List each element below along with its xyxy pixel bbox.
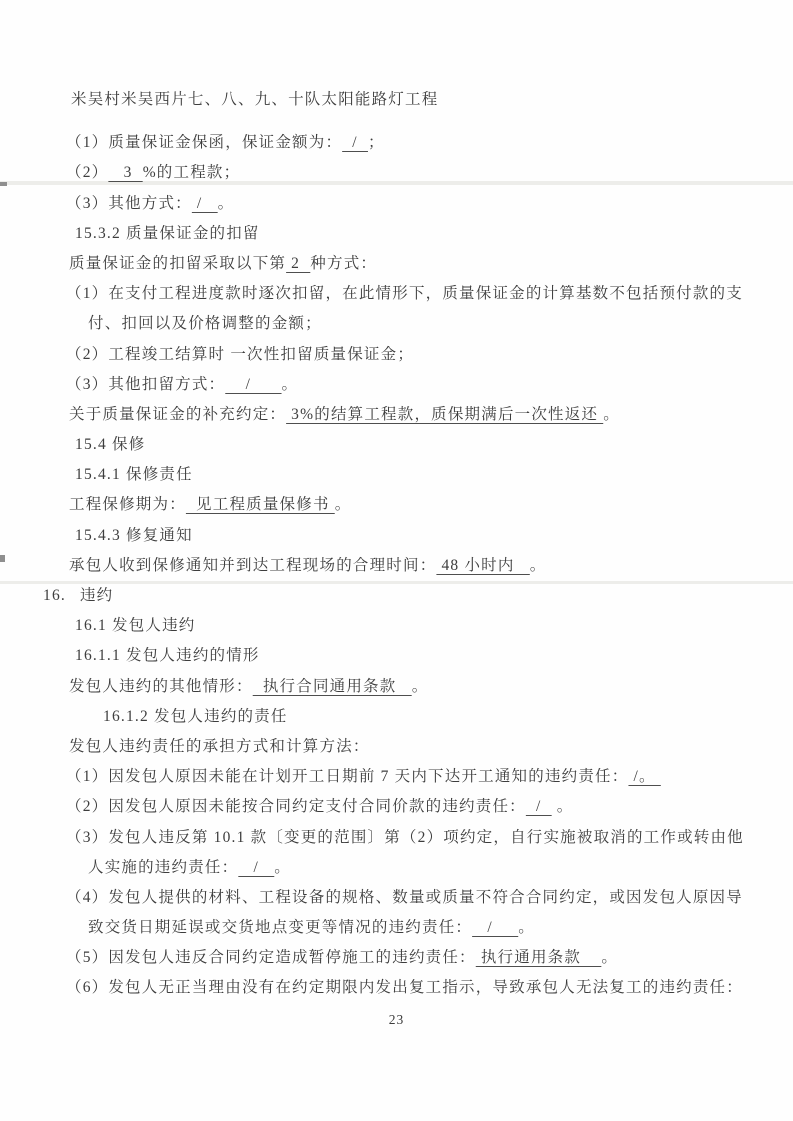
text-line: （2）工程竣工结算时 一次性扣留质量保证金； [0, 340, 793, 370]
fill-in-value: / [238, 859, 274, 876]
text-segment: （1）在支付工程进度款时逐次扣留，在此情形下，质量保证金的计算基数不包括预付款的… [66, 285, 743, 302]
text-segment: （5）因发包人违反合同约定造成暂停施工的违约责任： [66, 949, 476, 966]
text-segment: 质量保证金的扣留采取以下第 [69, 255, 286, 272]
text-line: （5）因发包人违反合同约定造成暂停施工的违约责任： 执行通用条款 。 [0, 943, 793, 973]
fill-in-value: 48 小时内 [436, 557, 529, 574]
text-line: （1）因发包人原因未能在计划开工日期前 7 天内下达开工通知的违约责任： /。 [0, 762, 793, 792]
text-segment: 15.4.3 修复通知 [75, 527, 193, 544]
text-segment: 16. [43, 587, 66, 604]
text-segment: 。 [552, 798, 574, 815]
text-segment: 工程保修期为： [69, 496, 186, 513]
text-line: 发包人违约的其他情形： 执行合同通用条款 。 [0, 672, 793, 702]
text-segment: （4）发包人提供的材料、工程设备的规格、数量或质量不符合合同约定，或因发包人原因… [66, 889, 743, 906]
text-line: 发包人违约责任的承担方式和计算方法： [0, 732, 793, 762]
text-segment: 。 [518, 919, 535, 936]
text-segment: 米吴村米吴西片七、八、九、十队太阳能路灯工程 [71, 91, 438, 108]
page-number: 23 [0, 1009, 793, 1031]
text-segment: （1）因发包人原因未能在计划开工日期前 7 天内下达开工通知的违约责任： [66, 768, 628, 785]
text-line: 致交货日期延误或交货地点变更等情况的违约责任： / 。 [0, 913, 793, 943]
text-segment: （2）工程竣工结算时 一次性扣留质量保证金； [66, 346, 414, 363]
text-line: 关于质量保证金的补充约定： 3%的结算工程款，质保期满后一次性返还 。 [0, 400, 793, 430]
fill-in-value: 3%的结算工程款，质保期满后一次性返还 [286, 406, 603, 423]
text-segment: 。 [530, 557, 547, 574]
text-segment: 种方式： [310, 255, 377, 272]
fill-in-value: / [192, 195, 218, 212]
text-segment: 。 [601, 949, 618, 966]
text-segment: 。 [603, 406, 620, 423]
text-line: 质量保证金的扣留采取以下第 2 种方式： [0, 249, 793, 279]
fill-in-value: 2 [286, 255, 310, 272]
fill-in-value: / [526, 798, 552, 815]
text-line: 16.1.2 发包人违约的责任 [0, 702, 793, 732]
text-line: （2）因发包人原因未能按合同约定支付合同价款的违约责任： / 。 [0, 792, 793, 822]
text-line: 15.4 保修 [0, 430, 793, 460]
text-line: （2） 3 %的工程款； [0, 158, 793, 188]
text-segment: 承包人收到保修通知并到达工程现场的合理时间： [69, 557, 436, 574]
text-line: （3）其他方式： / 。 [0, 189, 793, 219]
text-segment: 16.1 发包人违约 [75, 617, 196, 634]
text-segment: 。 [282, 376, 299, 393]
fill-in-value: 3 [108, 164, 142, 181]
text-segment: （3）发包人违反第 10.1 款〔变更的范围〕第（2）项约定，自行实施被取消的工… [66, 829, 744, 846]
fill-in-value: /。 [628, 768, 660, 785]
text-line: 承包人收到保修通知并到达工程现场的合理时间： 48 小时内 。 [0, 551, 793, 581]
fill-in-value: 见工程质量保修书 [186, 496, 335, 513]
text-line: 16.1.1 发包人违约的情形 [0, 641, 793, 671]
text-segment: 。 [274, 859, 291, 876]
fill-in-value: / [342, 134, 368, 151]
text-line: 人实施的违约责任： / 。 [0, 853, 793, 883]
text-segment: （3）其他扣留方式： [66, 376, 225, 393]
text-line: （3）其他扣留方式： / 。 [0, 370, 793, 400]
fill-in-value: 执行合同通用条款 [253, 678, 412, 695]
fill-in-value: / [225, 376, 281, 393]
text-segment: （3）其他方式： [66, 195, 192, 212]
text-line: （1）在支付工程进度款时逐次扣留，在此情形下，质量保证金的计算基数不包括预付款的… [0, 279, 793, 309]
text-line: 工程保修期为： 见工程质量保修书 。 [0, 490, 793, 520]
contract-document-page: 米吴村米吴西片七、八、九、十队太阳能路灯工程（1）质量保证金保函，保证金额为： … [0, 0, 793, 1121]
text-line: 15.3.2 质量保证金的扣留 [0, 219, 793, 249]
text-line: 16.违约 [0, 581, 793, 611]
text-segment: ； [368, 134, 385, 151]
text-line: 15.4.1 保修责任 [0, 460, 793, 490]
text-segment: 发包人违约的其他情形： [69, 678, 253, 695]
text-segment: 16.1.1 发包人违约的情形 [75, 647, 260, 664]
text-line: 米吴村米吴西片七、八、九、十队太阳能路灯工程 [0, 85, 793, 115]
text-segment: 15.3.2 质量保证金的扣留 [75, 225, 260, 242]
text-segment: 。 [412, 678, 429, 695]
text-segment: （2） [66, 164, 108, 181]
text-line: （6）发包人无正当理由没有在约定期限内发出复工指示，导致承包人无法复工的违约责任… [0, 973, 793, 1003]
text-segment: 关于质量保证金的补充约定： [69, 406, 286, 423]
text-segment: %的工程款； [143, 164, 241, 181]
text-line: 16.1 发包人违约 [0, 611, 793, 641]
text-segment: （6）发包人无正当理由没有在约定期限内发出复工指示，导致承包人无法复工的违约责任… [66, 979, 743, 996]
text-segment: （1）质量保证金保函，保证金额为： [66, 134, 342, 151]
text-segment: 15.4 保修 [75, 436, 145, 453]
text-segment: （2）因发包人原因未能按合同约定支付合同价款的违约责任： [66, 798, 526, 815]
text-line: 付、扣回以及价格调整的金额； [0, 309, 793, 339]
text-segment: 发包人违约责任的承担方式和计算方法： [69, 738, 370, 755]
fill-in-value: 执行通用条款 [476, 949, 602, 966]
text-segment: 15.4.1 保修责任 [75, 466, 193, 483]
text-segment: 。 [218, 195, 235, 212]
text-segment: 付、扣回以及价格调整的金额； [88, 315, 322, 332]
text-segment: 人实施的违约责任： [88, 859, 238, 876]
text-segment: 致交货日期延误或交货地点变更等情况的违约责任： [88, 919, 472, 936]
text-line: 15.4.3 修复通知 [0, 521, 793, 551]
text-segment: 违约 [80, 587, 113, 604]
text-segment: 16.1.2 发包人违约的责任 [103, 708, 288, 725]
fill-in-value: / [472, 919, 518, 936]
text-line: （4）发包人提供的材料、工程设备的规格、数量或质量不符合合同约定，或因发包人原因… [0, 883, 793, 913]
text-line: （3）发包人违反第 10.1 款〔变更的范围〕第（2）项约定，自行实施被取消的工… [0, 823, 793, 853]
text-segment: 。 [335, 496, 352, 513]
text-line: （1）质量保证金保函，保证金额为： / ； [0, 128, 793, 158]
document-body: 米吴村米吴西片七、八、九、十队太阳能路灯工程（1）质量保证金保函，保证金额为： … [0, 85, 793, 1004]
